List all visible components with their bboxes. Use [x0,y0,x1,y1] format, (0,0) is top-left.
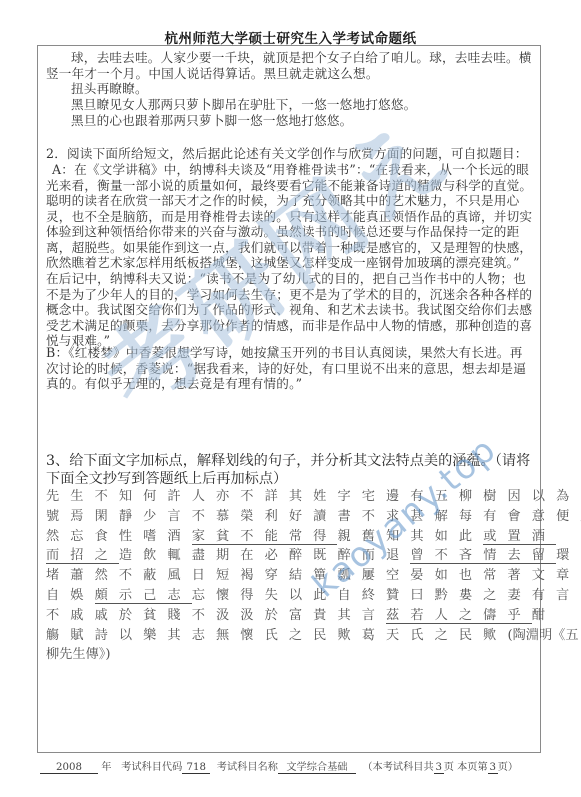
current-page: 3 [488,762,498,774]
pages-prefix: （本考试科目共 [362,762,433,773]
exam-paper-title: 杭州师范大学硕士研究生入学考试命题纸 [0,27,581,47]
passage-paragraph-2: 扭头再瞭瞭。 [46,81,534,97]
classical-text-line: 號焉閑靜少言不慕榮利好讀書不求甚解每有會意便欣 [46,507,538,527]
text-segment: 堵蕭然不蔽風日短褐穿結簞瓢屢空晏如也常著文章 [46,568,580,583]
classical-text-line: 而招之造飲輒盡期在必醉既醉而退曾不吝情去留環 [46,546,538,566]
pages-suffix: 页） [498,762,518,773]
underlined-sentence: 而招之 [46,548,119,564]
exam-footer: 2008 年 考试科目代码718 考试科目名称文学综合基础 （本考试科目共3页 … [40,758,560,774]
underlined-sentence: 家貧不能常得 [192,529,338,545]
classical-text-line: 先生不知何許人亦不詳其姓字宅邊有五柳樹因以為 [46,487,538,507]
text-segment: 酣 [532,608,556,623]
text-segment: 親舊知其如此 [337,529,483,544]
text-segment: 環 [556,548,580,563]
total-pages: 3 [434,762,444,774]
classical-text-line: 觴賦詩以樂其志無懷氏之民歟葛天氏之民歟(陶淵明《五 [46,626,538,646]
underlined-sentence: 曾不吝情去留 [410,548,556,564]
question-2-part-b: B：《红楼梦》中香菱很想学写诗，她按黛玉开列的书目认真阅读，果然大有长进。再次讨… [46,345,534,392]
text-segment: 自娛 [46,588,95,603]
classical-text-line: 不戚戚於貧賤不汲汲於富貴其言茲若人之儔乎酣 [46,606,538,626]
subject-code: 718 [182,762,210,774]
classical-text-passage: 先生不知何許人亦不詳其姓字宅邊有五柳樹因以為號焉閑靜少言不慕榮利好讀書不求甚解每… [46,487,538,665]
text-segment: 號焉閑靜少言不慕榮利好讀書不求甚解每有會意便欣 [46,509,581,524]
classical-text-line: 柳先生傳》) [46,645,538,665]
year-label: 年 [101,762,111,773]
question-2-part-a: A：在《文学讲稿》中，纳博科夫谈及“用脊椎骨读书”：“在我看来，从一个长远的眼光… [46,162,534,271]
underlined-sentence: 或置酒 [483,529,556,545]
text-segment: 不戚戚於貧賤不汲汲於富貴其言 [46,608,386,623]
classical-text-line: 堵蕭然不蔽風日短褐穿結簞瓢屢空晏如也常著文章 [46,566,538,586]
text-segment: 造飲輒盡期在必醉既醉而退 [119,548,410,563]
question-2-part-a-afterword: 在后记中，纳博科夫又说：“读书不是为了幼儿式的目的，把自己当作书中的人物；也不是… [46,271,534,349]
underlined-sentence: 頗示己志 [95,588,192,604]
text-segment: 然忘食性嗜酒 [46,529,192,544]
subject-code-label: 考试科目代码 [121,762,182,773]
subject-name-label: 考试科目名称 [217,762,278,773]
exam-year: 2008 [40,762,98,774]
text-segment: 柳先生傳》) [46,647,110,662]
classical-text-line: 然忘食性嗜酒家貧不能常得親舊知其如此或置酒 [46,527,538,547]
passage-paragraph-4: 黑旦的心也跟着那两只萝卜脚一悠一悠地打悠悠。 [46,113,534,129]
question-2-prompt: 2．阅读下面所给短文，然后据此论述有关文学创作与欣赏方面的问题，可自拟题目： [46,146,534,162]
text-segment: 忘懷得失以此自終贊曰黔婁之妻有言 [192,588,581,603]
passage-paragraph-1: 球，去哇去哇。人家少要一千块，就顶是把个女子白给了咱儿。球，去哇去哇。横竖一年才… [46,50,534,81]
text-segment: (陶淵明《五 [507,628,578,643]
classical-text-line: 自娛頗示己志忘懷得失以此自終贊曰黔婁之妻有言 [46,586,538,606]
subject-name: 文学综合基础 [278,758,356,774]
passage-paragraph-3: 黑旦瞭见女人那两只萝卜脚吊在驴肚下，一悠一悠地打悠悠。 [46,97,534,113]
text-segment: 觴賦詩以樂其志無懷氏之民歟葛天氏之民歟 [46,628,507,643]
pages-mid: 页 本页第 [444,762,488,773]
question-3-prompt: 3、给下面文字加标点，解释划线的句子，并分析其文法特点美的涵蕴。（请将下面全文抄… [46,452,536,488]
underlined-sentence: 茲若人之儔乎 [386,608,532,624]
text-segment: 先生不知何許人亦不詳其姓字宅邊有五柳樹因以為 [46,489,580,504]
